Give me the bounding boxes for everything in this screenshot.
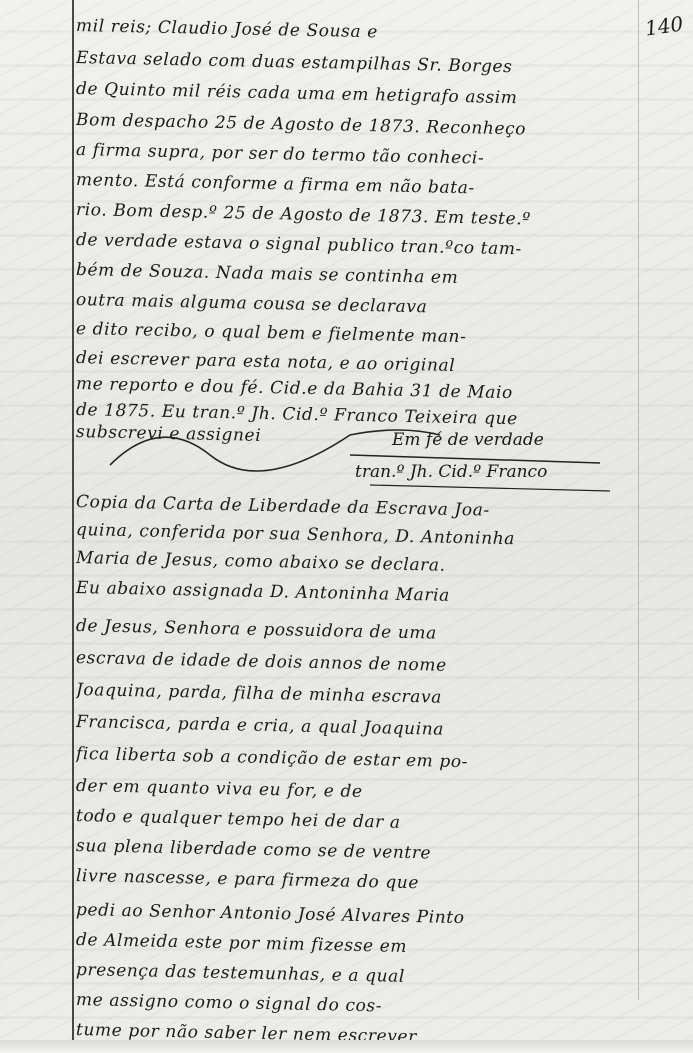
text-line: fica liberta sob a condição de estar em … bbox=[76, 744, 688, 777]
text-line: me assigno como o signal do cos- bbox=[76, 990, 688, 1023]
manuscript-page: 140 mil reis; Claudio José de Sousa e Es… bbox=[0, 0, 693, 1053]
text-line: Francisca, parda e cria, a qual Joaquina bbox=[76, 712, 688, 745]
text-line: livre nascesse, e para firmeza do que bbox=[76, 866, 688, 899]
text-line: escrava de idade de dois annos de nome bbox=[76, 648, 688, 681]
text-line: de verdade estava o signal publico tran.… bbox=[76, 230, 688, 263]
text-line: e dito recibo, o qual bem e fielmente ma… bbox=[76, 319, 688, 352]
text-line: bém de Souza. Nada mais se continha em bbox=[76, 260, 688, 293]
text-line: Eu abaixo assignada D. Antoninha Maria bbox=[76, 578, 688, 611]
text-line: Joaquina, parda, filha de minha escrava bbox=[76, 680, 688, 713]
text-line: mil reis; Claudio José de Sousa e bbox=[76, 16, 688, 49]
text-line: Bom despacho 25 de Agosto de 1873. Recon… bbox=[76, 110, 688, 143]
text-line: todo e qualquer tempo hei de dar a bbox=[76, 806, 688, 839]
text-line: de Jesus, Senhora e possuidora de uma bbox=[76, 616, 688, 649]
text-line: outra mais alguma cousa se declarava bbox=[76, 290, 688, 323]
page-bottom-edge bbox=[0, 1040, 693, 1053]
text-line: rio. Bom desp.º 25 de Agosto de 1873. Em… bbox=[76, 200, 688, 233]
text-line: a firma supra, por ser do termo tão conh… bbox=[76, 140, 688, 173]
signature-line-2: tran.º Jh. Cid.º Franco bbox=[355, 462, 547, 482]
text-line: pedi ao Senhor Antonio José Alvares Pint… bbox=[76, 900, 688, 933]
left-margin-rule bbox=[72, 0, 74, 1053]
text-line: Estava selado com duas estampilhas Sr. B… bbox=[76, 48, 688, 81]
text-line: der em quanto viva eu for, e de bbox=[76, 776, 688, 809]
text-line: sua plena liberdade como se de ventre bbox=[76, 836, 688, 869]
text-line: de Almeida este por mim fizesse em bbox=[76, 930, 688, 963]
text-line: quina, conferida por sua Senhora, D. Ant… bbox=[76, 520, 688, 553]
text-line: mento. Está conforme a firma em não bata… bbox=[76, 170, 688, 203]
text-line: Copia da Carta de Liberdade da Escrava J… bbox=[76, 492, 688, 525]
text-line: Maria de Jesus, como abaixo se declara. bbox=[76, 548, 688, 581]
signature-line-1: Em fé de verdade bbox=[392, 430, 544, 450]
text-line: de Quinto mil réis cada uma em hetigrafo… bbox=[76, 79, 688, 112]
text-line: presença das testemunhas, e a qual bbox=[76, 960, 688, 993]
